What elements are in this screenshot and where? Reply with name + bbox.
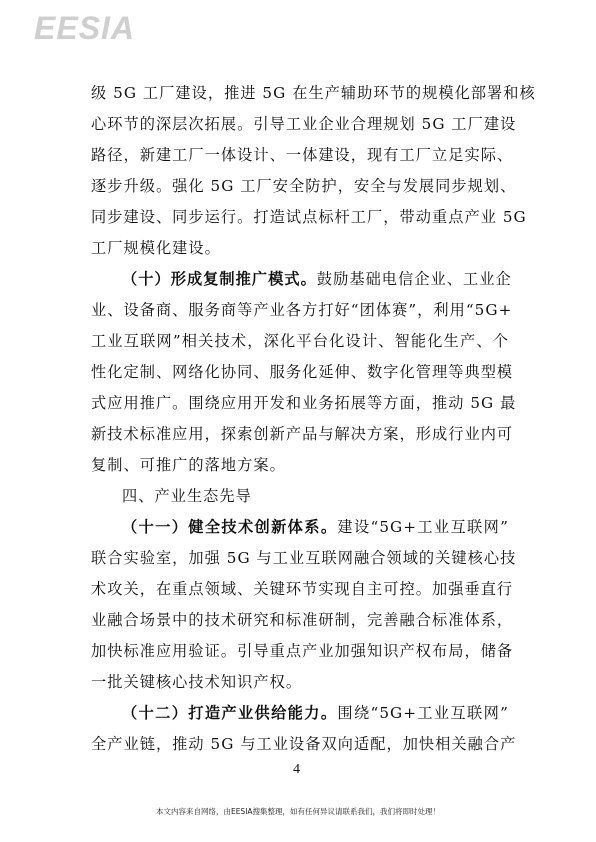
text-line: 全产业链，推动 5G 与工业设备双向适配，加快相关融合产 xyxy=(91,729,509,760)
text-line: 术攻关，在重点领域、关键环节实现自主可控。加强垂直行 xyxy=(91,574,509,605)
paragraph-section-10: （十）形成复制推广模式。鼓励基础电信企业、工业企 业、设备商、服务商等产业各方打… xyxy=(91,264,509,481)
document-body: 级 5G 工厂建设，推进 5G 在生产辅助环节的规模化部署和核 心环节的深层次拓… xyxy=(91,78,509,760)
section-heading-4: 四、产业生态先导 xyxy=(91,481,509,512)
text-line: 业融合场景中的技术研究和标准研制，完善融合标准体系， xyxy=(91,605,509,636)
section-heading-12: （十二）打造产业供给能力。 xyxy=(122,704,337,722)
text-line: 心环节的深层次拓展。引导工业企业合理规划 5G 工厂建设 xyxy=(91,109,509,140)
text-line: 一批关键核心技术知识产权。 xyxy=(91,667,509,698)
text-line: （十二）打造产业供给能力。围绕“5G+工业互联网” xyxy=(91,698,509,729)
text-line: （十）形成复制推广模式。鼓励基础电信企业、工业企 xyxy=(91,264,509,295)
text-line: 业、设备商、服务商等产业各方打好“团体赛”，利用“5G+ xyxy=(91,295,509,326)
text-run: 鼓励基础电信企业、工业企 xyxy=(317,270,512,288)
section-heading-10: （十）形成复制推广模式。 xyxy=(122,270,317,288)
page-number: 4 xyxy=(293,762,300,778)
section-heading-11: （十一）健全技术创新体系。 xyxy=(122,518,337,536)
paragraph-section-12: （十二）打造产业供给能力。围绕“5G+工业互联网” 全产业链，推动 5G 与工业… xyxy=(91,698,509,760)
text-line: 级 5G 工厂建设，推进 5G 在生产辅助环节的规模化部署和核 xyxy=(91,78,509,109)
text-line: 同步建设、同步运行。打造试点标杆工厂，带动重点产业 5G xyxy=(91,202,509,233)
text-line: 加快标准应用验证。引导重点产业加强知识产权布局，储备 xyxy=(91,636,509,667)
footer-disclaimer: 本文内容来自网络，由EESIA搜集整理，如有任何异议请联系我们，我们将即时处理！ xyxy=(0,806,596,817)
paragraph-section-11: （十一）健全技术创新体系。建设“5G+工业互联网” 联合实验室，加强 5G 与工… xyxy=(91,512,509,698)
text-line: 式应用推广。围绕应用开发和业务拓展等方面，推动 5G 最 xyxy=(91,388,509,419)
paragraph-5g-factory: 级 5G 工厂建设，推进 5G 在生产辅助环节的规模化部署和核 心环节的深层次拓… xyxy=(91,78,509,264)
text-run: 围绕“5G+工业互联网” xyxy=(337,704,509,722)
text-line: 逐步升级。强化 5G 工厂安全防护，安全与发展同步规划、 xyxy=(91,171,509,202)
text-line: 路径，新建工厂一体设计、一体建设，现有工厂立足实际、 xyxy=(91,140,509,171)
text-line: 工厂规模化建设。 xyxy=(91,233,509,264)
text-run: 建设“5G+工业互联网” xyxy=(337,518,509,536)
text-line: 复制、可推广的落地方案。 xyxy=(91,450,509,481)
text-line: 性化定制、网络化协同、服务化延伸、数字化管理等典型模 xyxy=(91,357,509,388)
eesia-logo: EESIA xyxy=(34,10,135,47)
text-line: 新技术标准应用，探索创新产品与解决方案，形成行业内可 xyxy=(91,419,509,450)
text-line: 工业互联网”相关技术，深化平台化设计、智能化生产、个 xyxy=(91,326,509,357)
text-line: （十一）健全技术创新体系。建设“5G+工业互联网” xyxy=(91,512,509,543)
text-line: 联合实验室，加强 5G 与工业互联网融合领域的关键核心技 xyxy=(91,543,509,574)
